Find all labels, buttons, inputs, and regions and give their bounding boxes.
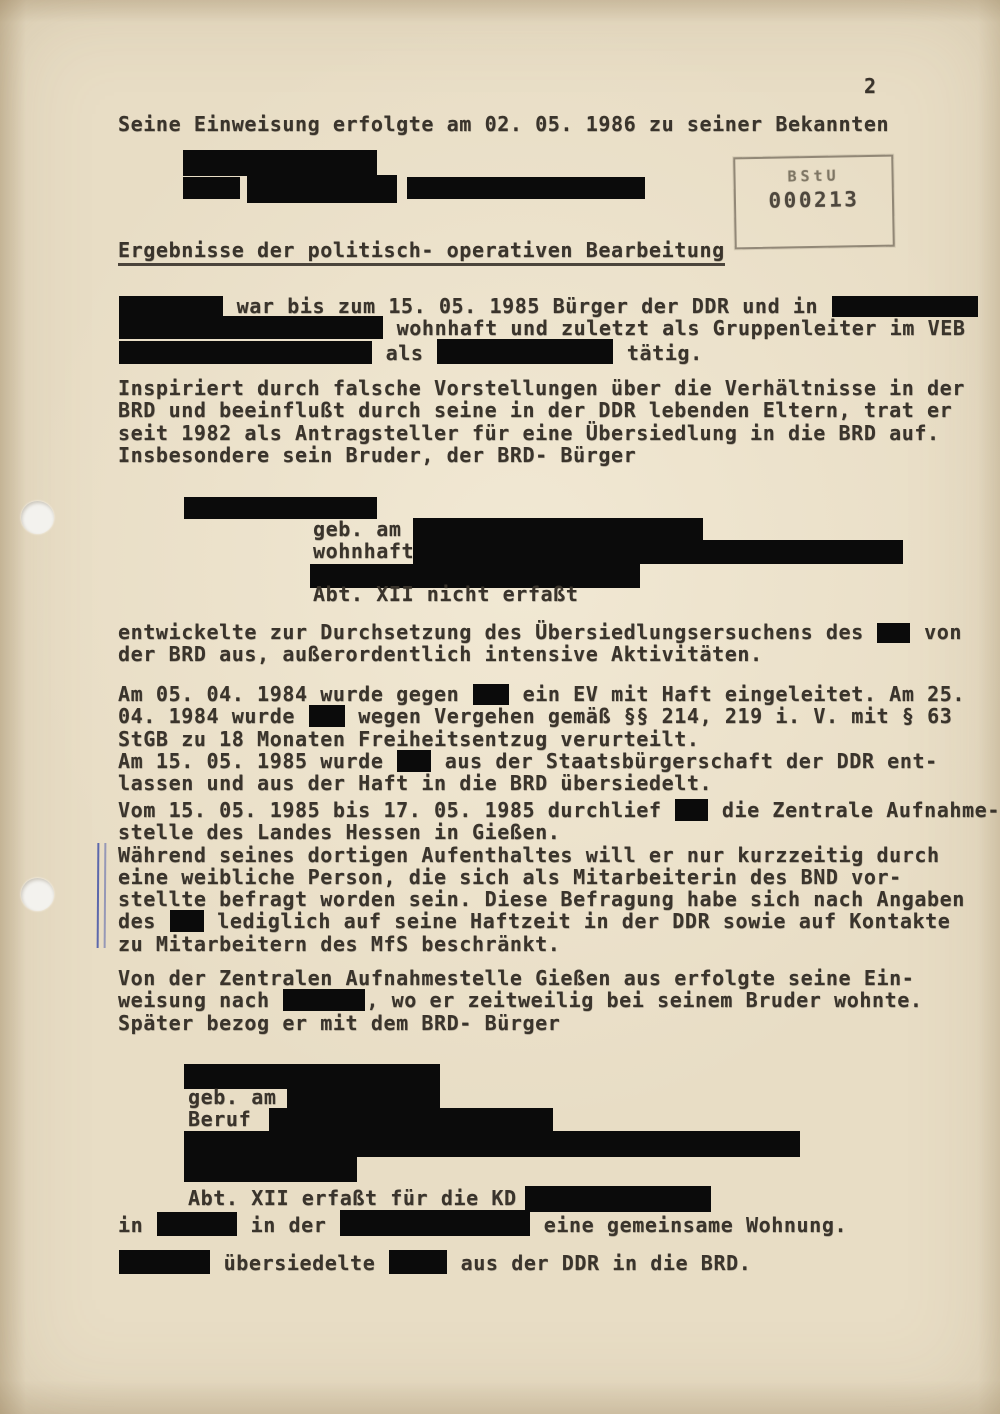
text-run: Von der Zentralen Aufnahmestelle Gießen … <box>118 966 914 990</box>
text-line: weisung nach , wo er zeitweilig bei sein… <box>118 988 923 1010</box>
text-line: als tätig. <box>118 339 979 361</box>
redaction-bar <box>675 799 708 821</box>
text-run: der BRD aus, außerordentlich intensive A… <box>118 642 763 666</box>
field-label: Abt. XII erfaßt für die KD <box>188 1188 517 1209</box>
text-run: Während seines dortigen Aufenthaltes wil… <box>118 843 940 867</box>
redaction-bar <box>437 339 613 364</box>
text-run: tätig. <box>614 341 703 365</box>
text-run: 04. 1984 wurde <box>118 704 308 728</box>
redaction-bar <box>340 1210 530 1236</box>
text-line: des lediglich auf seine Haftzeit in der … <box>118 909 1000 931</box>
text-run: weisung nach <box>118 988 282 1012</box>
paragraph-einweisung: Von der Zentralen Aufnahmestelle Gießen … <box>118 966 923 1033</box>
text-run: StGB zu 18 Monaten Freiheitsentzug verur… <box>118 727 700 751</box>
text-run: eine gemeinsame Wohnung. <box>531 1213 847 1237</box>
text-run: die Zentrale Aufnahme- <box>709 798 1000 822</box>
redaction-bar <box>157 1212 237 1236</box>
text-run: Seine Einweisung erfolgte am 02. 05. 198… <box>118 112 889 136</box>
redaction-bar <box>309 705 345 727</box>
redaction-bar <box>170 910 204 932</box>
stamp-agency-label: BStU <box>735 166 891 187</box>
text-run: seit 1982 als Antragsteller für eine Übe… <box>118 421 940 445</box>
text-line: Insbesondere sein Bruder, der BRD- Bürge… <box>118 443 965 465</box>
text-line: stellte befragt worden sein. Diese Befra… <box>118 887 1000 909</box>
redaction-bar <box>119 1250 210 1274</box>
page-number: 2 <box>864 74 877 98</box>
text-line: übersiedelte aus der DDR in die BRD. <box>118 1250 751 1272</box>
text-run: Inspiriert durch falsche Vorstellungen ü… <box>118 376 965 400</box>
text-run: zu Mitarbeitern des MfS beschränkt. <box>118 932 560 956</box>
text-line: der BRD aus, außerordentlich intensive A… <box>118 642 962 664</box>
text-run: wohnhaft und zuletzt als Gruppenleiter i… <box>384 316 966 340</box>
text-line: stelle des Landes Hessen in Gießen. <box>118 820 1000 842</box>
redaction-bar <box>119 341 372 364</box>
paragraph-activities: entwickelte zur Durchsetzung des Übersie… <box>118 620 962 665</box>
text-run: aus der DDR in die BRD. <box>448 1251 751 1275</box>
field-label: geb. am <box>313 519 402 540</box>
text-run: in <box>118 1213 156 1237</box>
text-run: , wo er zeitweilig bei seinem Bruder woh… <box>366 988 922 1012</box>
text-run: eine weibliche Person, die sich als Mita… <box>118 865 902 889</box>
redaction-bar <box>183 150 377 176</box>
redaction-bar <box>473 684 509 705</box>
text-run: übersiedelte <box>211 1251 388 1275</box>
redaction-bar <box>525 1186 711 1212</box>
redaction-bar <box>119 316 383 339</box>
text-line: Ergebnisse der politisch- operativen Bea… <box>118 238 725 260</box>
redaction-bar <box>184 497 377 519</box>
redaction-bar <box>283 989 365 1011</box>
text-run: wegen Vergehen gemäß §§ 214, 219 i. V. m… <box>346 704 953 728</box>
text-line: Am 15. 05. 1985 wurde aus der Staatsbürg… <box>118 749 965 771</box>
redaction-bar <box>247 175 397 203</box>
section-heading: Ergebnisse der politisch- operativen Bea… <box>118 238 725 260</box>
text-run: Später bezog er mit dem BRD- Bürger <box>118 1011 560 1035</box>
text-run: war bis zum 15. 05. 1985 Bürger der DDR … <box>224 294 831 318</box>
text-run: entwickelte zur Durchsetzung des Übersie… <box>118 620 876 644</box>
text-line: seit 1982 als Antragsteller für eine Übe… <box>118 421 965 443</box>
redaction-bar <box>269 1108 553 1132</box>
text-line: Inspiriert durch falsche Vorstellungen ü… <box>118 376 965 398</box>
text-run: stelle des Landes Hessen in Gießen. <box>118 820 560 844</box>
text-run: BRD und beeinflußt durch seine in der DD… <box>118 398 952 422</box>
text-run: Insbesondere sein Bruder, der BRD- Bürge… <box>118 443 636 467</box>
text-line: wohnhaft und zuletzt als Gruppenleiter i… <box>118 316 979 338</box>
text-run: als <box>373 341 436 365</box>
redaction-bar <box>184 1156 357 1182</box>
punch-hole <box>21 878 54 911</box>
redaction-bar <box>287 1086 440 1109</box>
bstu-stamp: BStU 000213 <box>733 155 895 250</box>
text-line: zu Mitarbeitern des MfS beschränkt. <box>118 932 1000 954</box>
text-run: stellte befragt worden sein. Diese Befra… <box>118 887 965 911</box>
redaction-bar <box>413 518 703 541</box>
field-label: Abt. XII nicht erfaßt <box>313 584 578 605</box>
paragraph-ev-haft: Am 05. 04. 1984 wurde gegen ein EV mit H… <box>118 682 965 793</box>
redaction-bar <box>119 296 223 317</box>
text-line: entwickelte zur Durchsetzung des Übersie… <box>118 620 962 642</box>
text-run: Vom 15. 05. 1985 bis 17. 05. 1985 durchl… <box>118 798 674 822</box>
text-line: Seine Einweisung erfolgte am 02. 05. 198… <box>118 112 889 134</box>
text-line: 04. 1984 wurde wegen Vergehen gemäß §§ 2… <box>118 704 965 726</box>
paragraph-inspiration: Inspiriert durch falsche Vorstellungen ü… <box>118 376 965 465</box>
text-run: lassen und aus der Haft in die BRD übers… <box>118 771 712 795</box>
text-line: Von der Zentralen Aufnahmestelle Gießen … <box>118 966 923 988</box>
paragraph-aufnahmestelle: Vom 15. 05. 1985 bis 17. 05. 1985 durchl… <box>118 798 1000 954</box>
text-run: in der <box>238 1213 339 1237</box>
punch-hole <box>21 501 54 534</box>
redaction-bar <box>832 296 978 317</box>
text-line: Während seines dortigen Aufenthaltes wil… <box>118 843 1000 865</box>
document-page: 2 BStU 000213 Seine Einweisung erfolgte … <box>0 0 1000 1414</box>
paragraph-citizen-status: war bis zum 15. 05. 1985 Bürger der DDR … <box>118 294 979 361</box>
field-label: wohnhaft <box>313 541 414 562</box>
text-line: Am 05. 04. 1984 wurde gegen ein EV mit H… <box>118 682 965 704</box>
redaction-bar <box>389 1250 447 1274</box>
text-run: ein EV mit Haft eingeleitet. Am 25. <box>510 682 965 706</box>
text-line: StGB zu 18 Monaten Freiheitsentzug verur… <box>118 727 965 749</box>
redaction-bar <box>407 177 645 199</box>
redaction-bar <box>184 1131 800 1157</box>
text-line: Vom 15. 05. 1985 bis 17. 05. 1985 durchl… <box>118 798 1000 820</box>
redaction-bar <box>877 623 910 643</box>
line-wohnung: in in der eine gemeinsame Wohnung. <box>118 1210 847 1232</box>
stamp-serial-number: 000213 <box>736 187 892 214</box>
text-line: lassen und aus der Haft in die BRD übers… <box>118 771 965 793</box>
text-run: Ergebnisse der politisch- operativen Bea… <box>118 238 725 266</box>
text-line: eine weibliche Person, die sich als Mita… <box>118 865 1000 887</box>
redaction-bar <box>413 540 903 564</box>
text-line: Später bezog er mit dem BRD- Bürger <box>118 1011 923 1033</box>
text-line: war bis zum 15. 05. 1985 Bürger der DDR … <box>118 294 979 316</box>
text-run: Am 15. 05. 1985 wurde <box>118 749 396 773</box>
redaction-bar <box>183 177 240 199</box>
text-run: lediglich auf seine Haftzeit in der DDR … <box>205 909 951 933</box>
text-line: in in der eine gemeinsame Wohnung. <box>118 1210 847 1232</box>
intro-line: Seine Einweisung erfolgte am 02. 05. 198… <box>118 112 889 134</box>
text-run: des <box>118 909 169 933</box>
text-run: aus der Staatsbürgerschaft der DDR ent- <box>432 749 938 773</box>
line-uebersiedelt: übersiedelte aus der DDR in die BRD. <box>118 1250 751 1272</box>
redaction-bar <box>397 750 431 772</box>
text-run: von <box>911 620 962 644</box>
text-run: Am 05. 04. 1984 wurde gegen <box>118 682 472 706</box>
field-label: geb. am <box>188 1087 277 1108</box>
field-label: Beruf <box>188 1109 251 1130</box>
text-line: BRD und beeinflußt durch seine in der DD… <box>118 398 965 420</box>
